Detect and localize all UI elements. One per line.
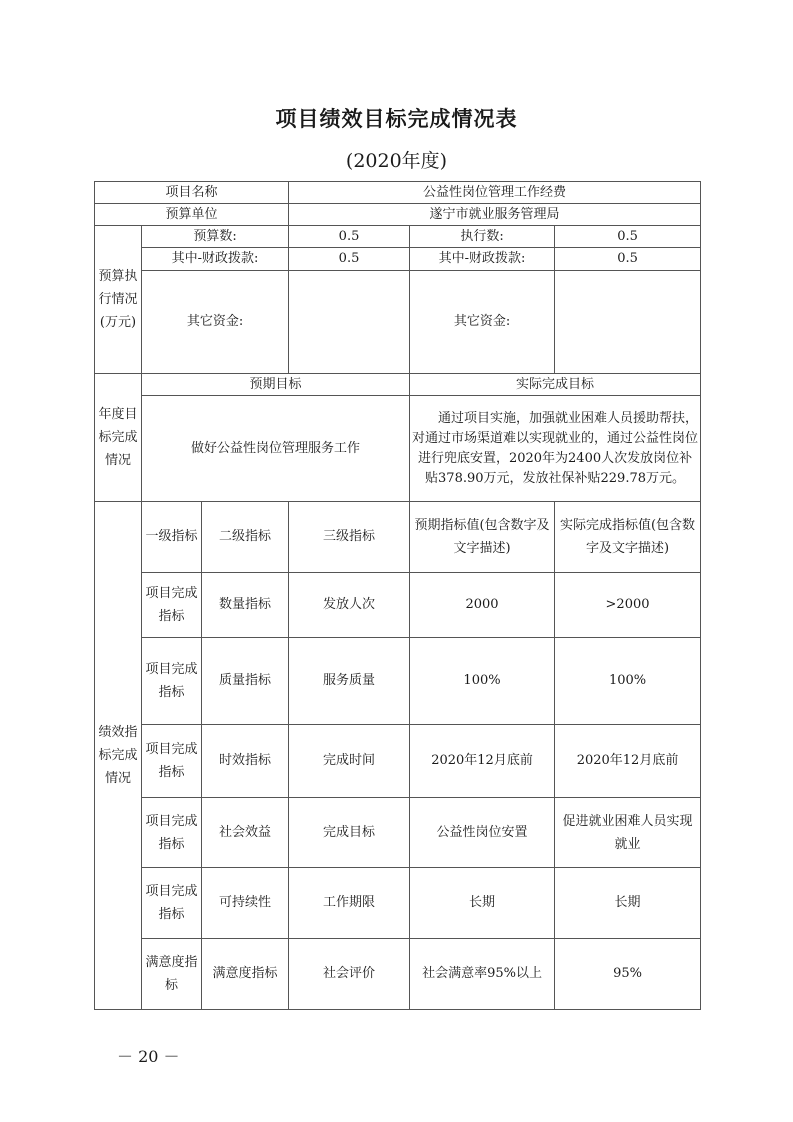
actual-goal-value: 通过项目实施，加强就业困难人员援助帮扶，对通过市场渠道难以实现就业的，通过公益性… — [410, 396, 701, 502]
fiscal-row: 其中-财政拨款: 0.5 其中-财政拨款: 0.5 — [95, 248, 701, 271]
row-expected: 2020年12月底前 — [410, 725, 555, 798]
actual-goal-header: 实际完成目标 — [410, 374, 701, 396]
row-actual: 2020年12月底前 — [555, 725, 701, 798]
exec-amount-value: 0.5 — [555, 226, 701, 248]
annual-goal-header-row: 年度目标完成情况 预期目标 实际完成目标 — [95, 374, 701, 396]
row-level3: 完成时间 — [289, 725, 410, 798]
row-level1: 项目完成指标 — [142, 868, 202, 939]
header-actual: 实际完成指标值(包含数字及文字描述) — [555, 502, 701, 573]
row-actual: 95% — [555, 939, 701, 1010]
budget-unit-row: 预算单位 遂宁市就业服务管理局 — [95, 204, 701, 226]
budget-row: 预算执行情况(万元) 预算数: 0.5 执行数: 0.5 — [95, 226, 701, 248]
row-expected: 长期 — [410, 868, 555, 939]
budget-unit-value: 遂宁市就业服务管理局 — [289, 204, 701, 226]
row-actual: 100% — [555, 638, 701, 725]
annual-goal-content-row: 做好公益性岗位管理服务工作 通过项目实施，加强就业困难人员援助帮扶，对通过市场渠… — [95, 396, 701, 502]
indicator-row: 项目完成指标 社会效益 完成目标 公益性岗位安置 促进就业困难人员实现就业 — [95, 798, 701, 868]
exec-amount-label: 执行数: — [410, 226, 555, 248]
header-level1: 一级指标 — [142, 502, 202, 573]
row-actual: 长期 — [555, 868, 701, 939]
project-name-label: 项目名称 — [95, 182, 289, 204]
document-title: 项目绩效目标完成情况表 — [0, 103, 793, 133]
expected-goal-header: 预期目标 — [142, 374, 410, 396]
page-number: － 20 － — [117, 1044, 180, 1067]
fiscal-value-exec: 0.5 — [555, 248, 701, 271]
fiscal-label-budget: 其中-财政拨款: — [142, 248, 289, 271]
row-expected: 公益性岗位安置 — [410, 798, 555, 868]
fiscal-label-exec: 其中-财政拨款: — [410, 248, 555, 271]
project-name-value: 公益性岗位管理工作经费 — [289, 182, 701, 204]
other-funds-value-budget — [289, 271, 410, 374]
row-level2: 社会效益 — [202, 798, 289, 868]
budget-amount-value: 0.5 — [289, 226, 410, 248]
indicator-row: 项目完成指标 质量指标 服务质量 100% 100% — [95, 638, 701, 725]
row-actual: >2000 — [555, 573, 701, 638]
header-expected: 预期指标值(包含数字及文字描述) — [410, 502, 555, 573]
other-funds-label-exec: 其它资金: — [410, 271, 555, 374]
row-level2: 数量指标 — [202, 573, 289, 638]
actual-goal-text: 通过项目实施，加强就业困难人员援助帮扶，对通过市场渠道难以实现就业的，通过公益性… — [412, 411, 698, 486]
other-funds-label-budget: 其它资金: — [142, 271, 289, 374]
row-level1: 项目完成指标 — [142, 725, 202, 798]
project-name-row: 项目名称 公益性岗位管理工作经费 — [95, 182, 701, 204]
performance-table: 项目名称 公益性岗位管理工作经费 预算单位 遂宁市就业服务管理局 预算执行情况(… — [94, 181, 701, 1010]
document-subtitle: (2020年度) — [0, 146, 793, 173]
row-level3: 服务质量 — [289, 638, 410, 725]
row-level3: 发放人次 — [289, 573, 410, 638]
budget-section-label: 预算执行情况(万元) — [95, 226, 142, 374]
row-level1: 项目完成指标 — [142, 573, 202, 638]
header-level3: 三级指标 — [289, 502, 410, 573]
indicator-row: 项目完成指标 时效指标 完成时间 2020年12月底前 2020年12月底前 — [95, 725, 701, 798]
other-funds-value-exec — [555, 271, 701, 374]
budget-amount-label: 预算数: — [142, 226, 289, 248]
row-level2: 满意度指标 — [202, 939, 289, 1010]
row-level2: 质量指标 — [202, 638, 289, 725]
header-level2: 二级指标 — [202, 502, 289, 573]
row-level3: 社会评价 — [289, 939, 410, 1010]
indicator-row: 满意度指标 满意度指标 社会评价 社会满意率95%以上 95% — [95, 939, 701, 1010]
annual-goal-section-label: 年度目标完成情况 — [95, 374, 142, 502]
row-level2: 时效指标 — [202, 725, 289, 798]
other-funds-row: 其它资金: 其它资金: — [95, 271, 701, 374]
indicator-row: 项目完成指标 数量指标 发放人次 2000 >2000 — [95, 573, 701, 638]
indicator-header-row: 绩效指标完成情况 一级指标 二级指标 三级指标 预期指标值(包含数字及文字描述)… — [95, 502, 701, 573]
row-level1: 项目完成指标 — [142, 798, 202, 868]
row-level3: 工作期限 — [289, 868, 410, 939]
indicator-row: 项目完成指标 可持续性 工作期限 长期 长期 — [95, 868, 701, 939]
row-level2: 可持续性 — [202, 868, 289, 939]
fiscal-value-budget: 0.5 — [289, 248, 410, 271]
row-actual: 促进就业困难人员实现就业 — [555, 798, 701, 868]
expected-goal-value: 做好公益性岗位管理服务工作 — [142, 396, 410, 502]
row-level1: 项目完成指标 — [142, 638, 202, 725]
row-level3: 完成目标 — [289, 798, 410, 868]
row-level1: 满意度指标 — [142, 939, 202, 1010]
row-expected: 社会满意率95%以上 — [410, 939, 555, 1010]
row-expected: 100% — [410, 638, 555, 725]
row-expected: 2000 — [410, 573, 555, 638]
performance-section-label: 绩效指标完成情况 — [95, 502, 142, 1010]
budget-unit-label: 预算单位 — [95, 204, 289, 226]
